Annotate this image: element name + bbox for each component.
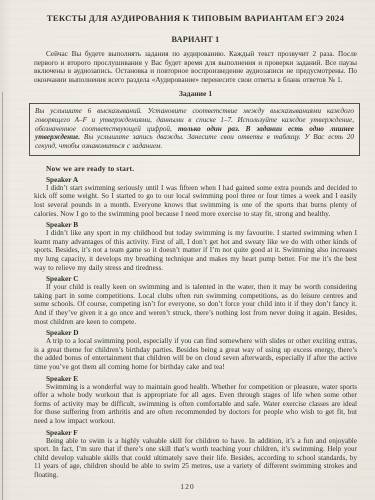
speaker-a-heading: Speaker A <box>46 175 357 184</box>
speaker-block-f: Speaker F Being able to swim is a highly… <box>34 428 357 480</box>
speaker-f-paragraph: Being able to swim is a highly valuable … <box>34 437 357 480</box>
speaker-a-paragraph: I didn’t start swimming seriously until … <box>34 184 357 218</box>
speaker-e-paragraph: Swimming is a wonderful way to maintain … <box>34 383 357 426</box>
page-edge-line <box>2 92 3 500</box>
speaker-d-paragraph: A trip to a local swimming pool, especia… <box>34 337 357 371</box>
speaker-f-heading: Speaker F <box>46 428 357 437</box>
page-number: 120 <box>0 482 375 491</box>
scanned-document-page: ТЕКСТЫ ДЛЯ АУДИРОВАНИЯ К ТИПОВЫМ ВАРИАНТ… <box>0 0 375 500</box>
speaker-b-paragraph: I didn’t like any sport in my childhood … <box>34 229 357 272</box>
speaker-c-paragraph: If your child is really keen on swimming… <box>34 283 357 326</box>
ready-line: Now we are ready to start. <box>46 164 357 173</box>
task-instruction-text-tail: Вы услышите запись дважды. Занесите свои… <box>35 133 354 150</box>
variant-title: ВАРИАНТ 1 <box>34 35 357 44</box>
task-title: Задание 1 <box>34 89 357 98</box>
document-title: ТЕКСТЫ ДЛЯ АУДИРОВАНИЯ К ТИПОВЫМ ВАРИАНТ… <box>34 13 357 23</box>
speaker-d-heading: Speaker D <box>46 328 357 337</box>
speaker-block-a: Speaker A I didn’t start swimming seriou… <box>34 175 357 218</box>
speaker-block-e: Speaker E Swimming is a wonderful way to… <box>34 374 357 426</box>
task-instruction-box: Вы услышите 6 высказываний. Установите с… <box>29 103 360 156</box>
speaker-c-heading: Speaker C <box>46 274 357 283</box>
audio-instructions-paragraph: Сейчас Вы будете выполнять задания по ау… <box>34 50 357 84</box>
speaker-block-b: Speaker B I didn’t like any sport in my … <box>34 220 357 272</box>
speaker-block-d: Speaker D A trip to a local swimming poo… <box>34 328 357 371</box>
speaker-e-heading: Speaker E <box>46 374 357 383</box>
speaker-b-heading: Speaker B <box>46 220 357 229</box>
page-content: ТЕКСТЫ ДЛЯ АУДИРОВАНИЯ К ТИПОВЫМ ВАРИАНТ… <box>34 0 357 480</box>
speaker-block-c: Speaker C If your child is really keen o… <box>34 274 357 326</box>
